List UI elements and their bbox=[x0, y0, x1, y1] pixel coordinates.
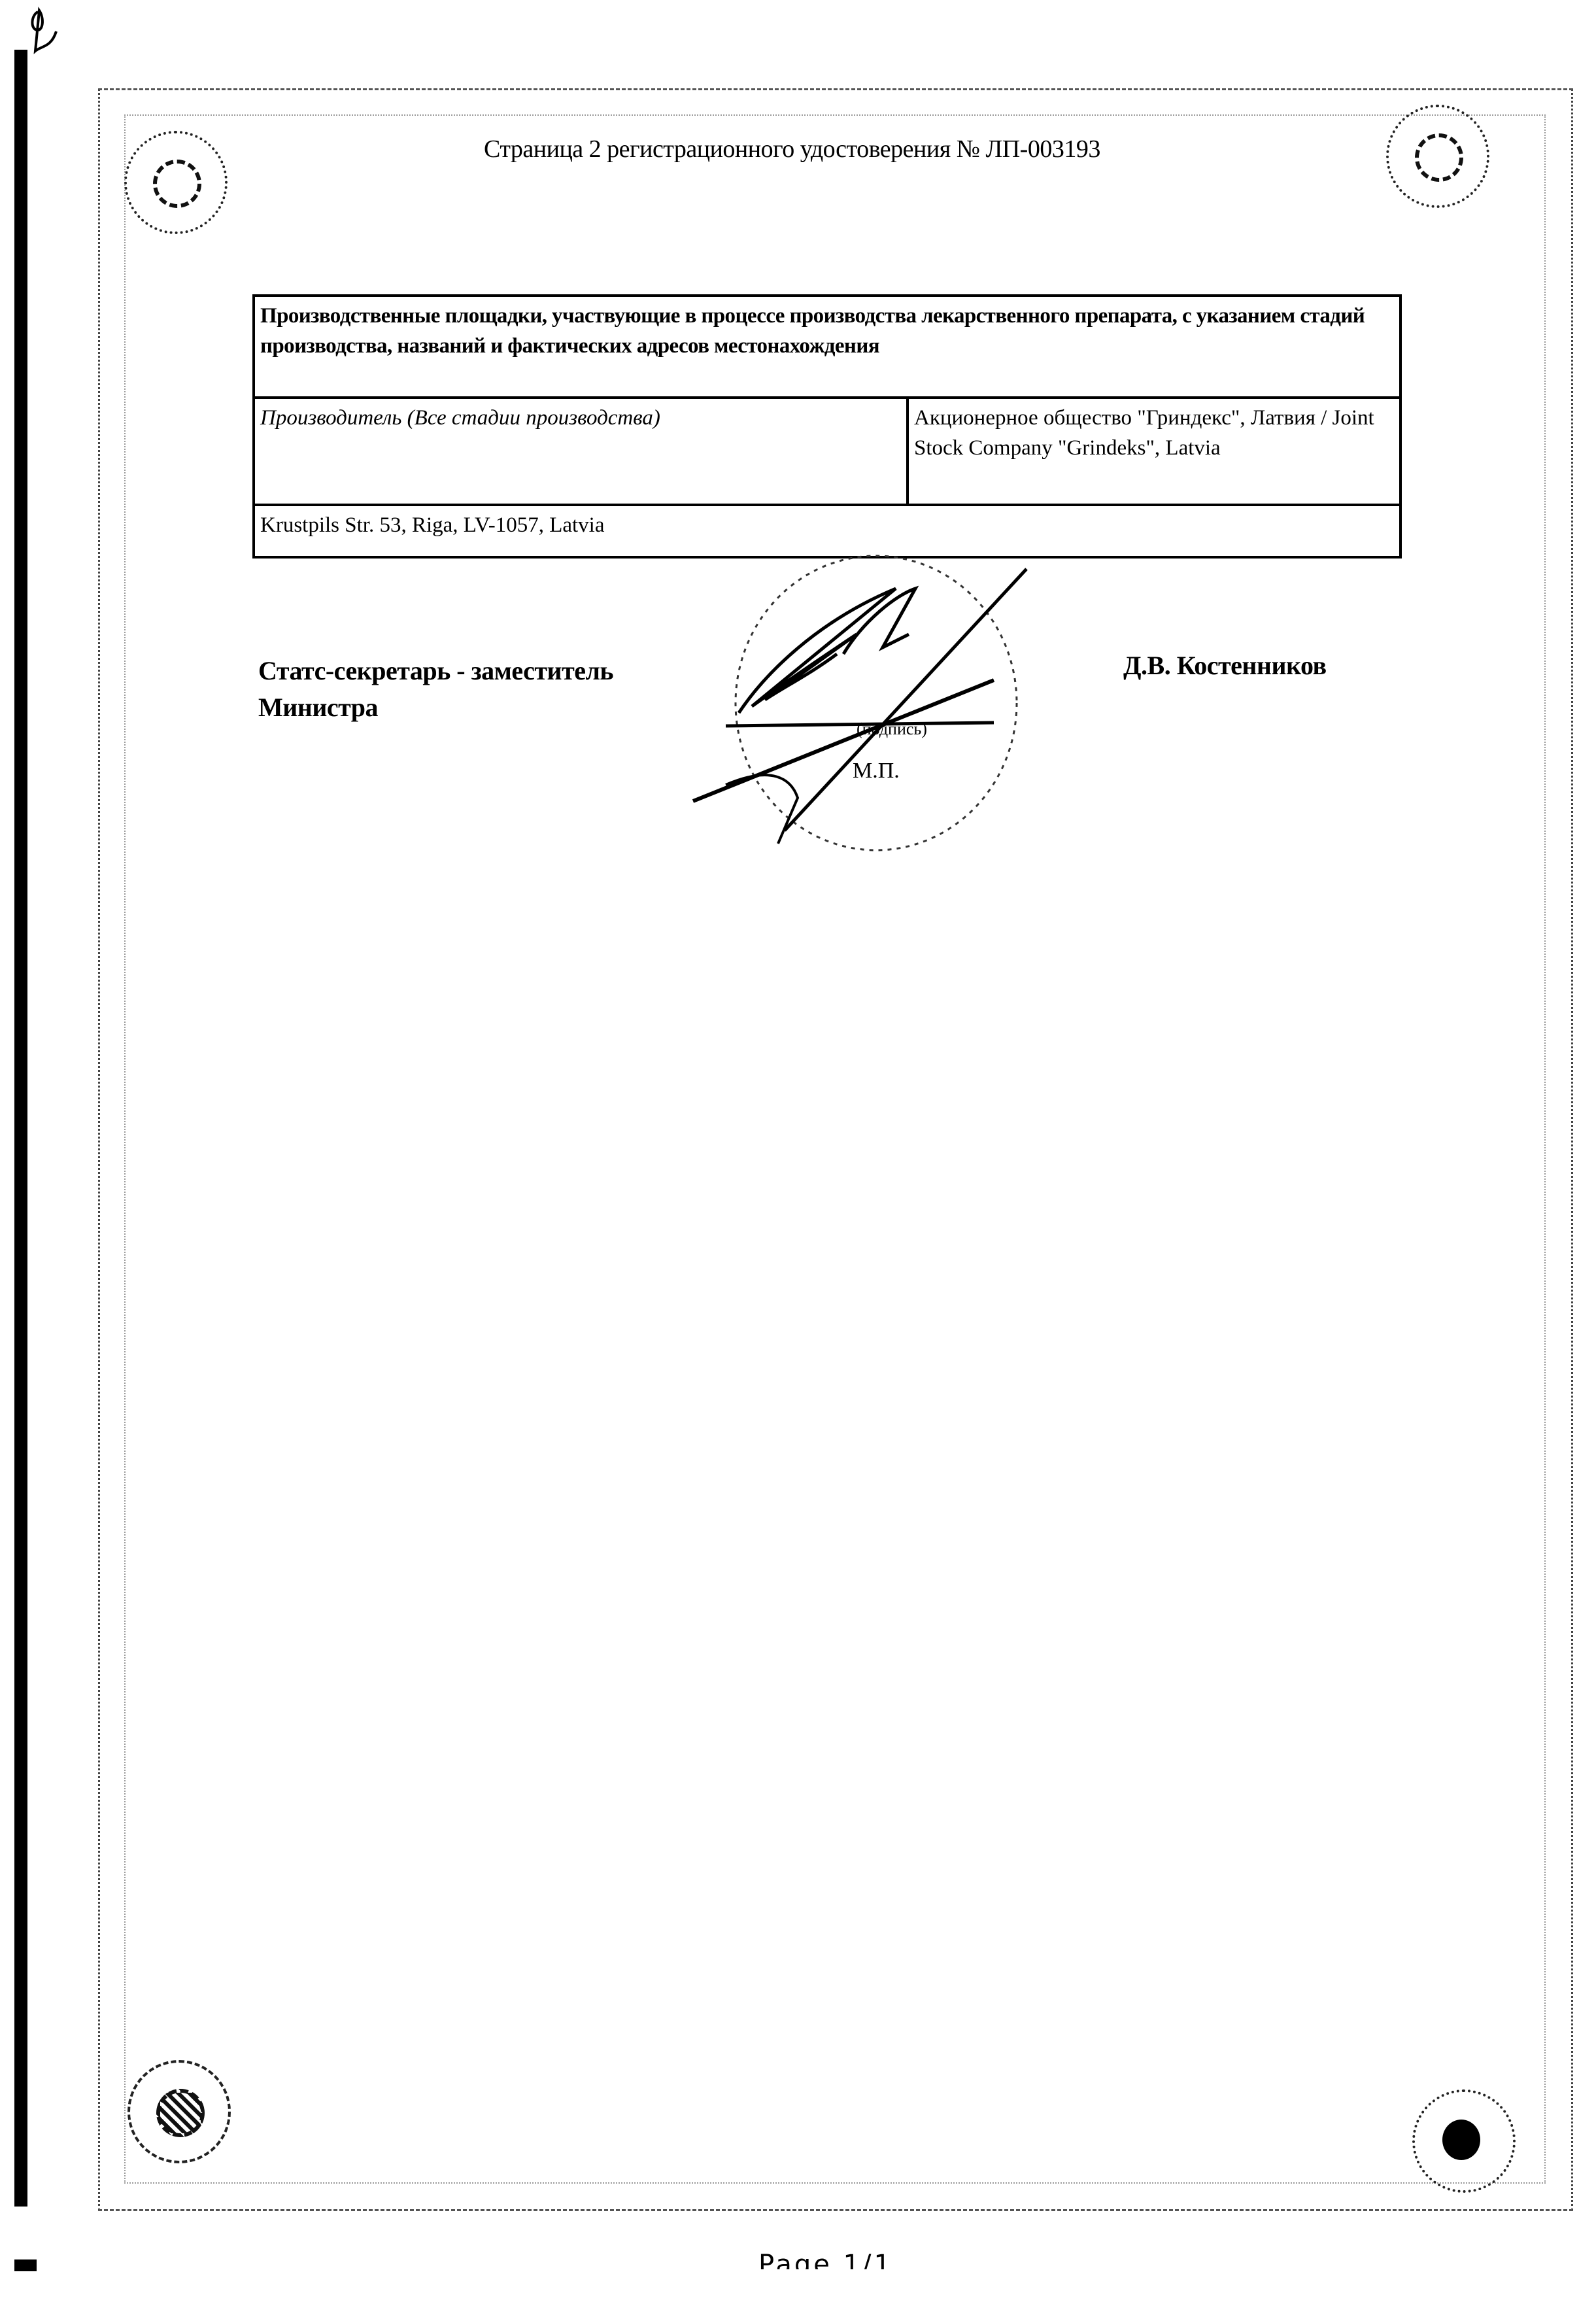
binding-edge-foot bbox=[14, 2259, 37, 2271]
corner-rosette-icon bbox=[1386, 105, 1489, 208]
table-header-row: Производственные площадки, участвующие в… bbox=[254, 296, 1401, 398]
corner-rosette-icon bbox=[127, 2060, 231, 2163]
table-row: Производитель (Все стадии производства) … bbox=[254, 398, 1401, 505]
manufacturer-name-cell: Акционерное общество "Гриндекс", Латвия … bbox=[908, 398, 1401, 505]
stamp-place-label: М.П. bbox=[853, 759, 900, 783]
manufacturer-role-cell: Производитель (Все стадии производства) bbox=[254, 398, 908, 505]
page-title: Страница 2 регистрационного удостоверени… bbox=[484, 135, 1268, 163]
position-line-2: Министра bbox=[258, 689, 613, 726]
production-sites-table: Производственные площадки, участвующие в… bbox=[252, 294, 1402, 558]
signature-caption: (подпись) bbox=[857, 719, 927, 739]
binding-edge bbox=[14, 50, 27, 2207]
page-number: Page 1/1 bbox=[758, 2250, 893, 2269]
corner-rosette-icon bbox=[124, 131, 228, 234]
table-header-cell: Производственные площадки, участвующие в… bbox=[254, 296, 1401, 398]
stamp-icon bbox=[736, 556, 1017, 850]
position-line-1: Статс-секретарь - заместитель bbox=[258, 653, 613, 689]
signature-and-stamp bbox=[687, 543, 1112, 863]
signatory-position: Статс-секретарь - заместитель Министра bbox=[258, 653, 613, 726]
handwritten-page-number bbox=[25, 5, 64, 58]
corner-rosette-icon bbox=[1412, 2089, 1516, 2193]
signatory-name: Д.В. Костенников bbox=[1123, 650, 1327, 681]
